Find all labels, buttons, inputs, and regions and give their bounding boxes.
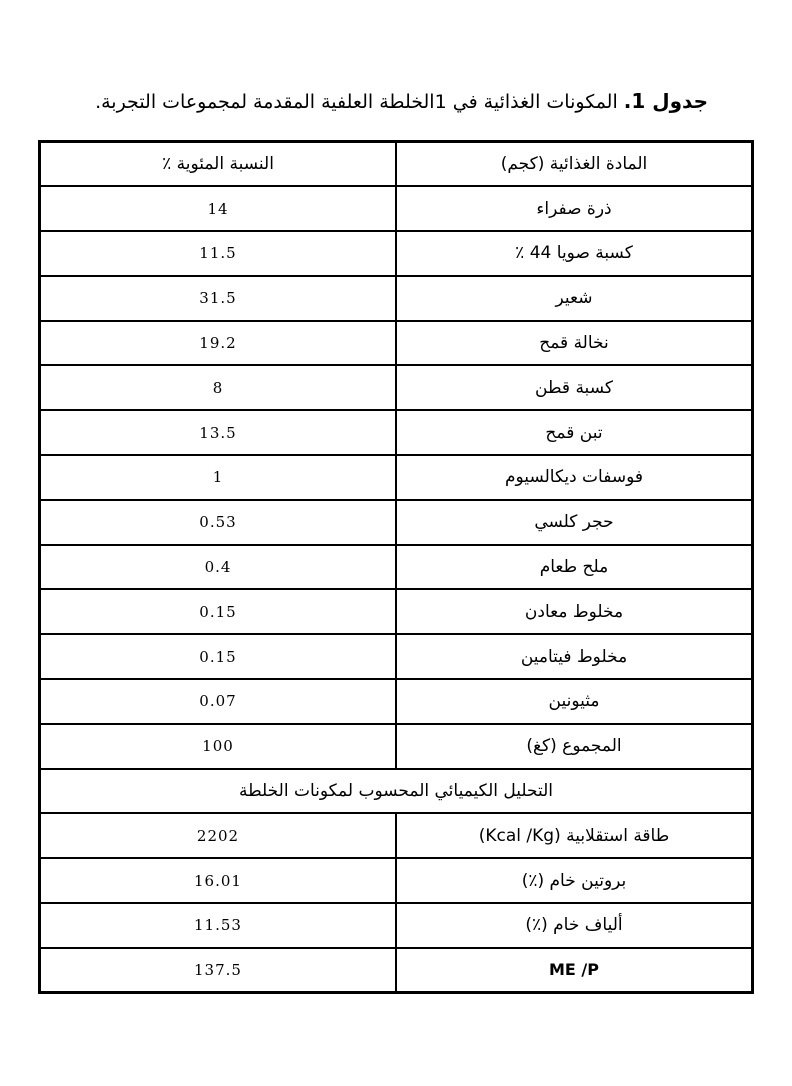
- analysis-name-cell: طاقة استقلابية (Kcal /Kg): [396, 813, 753, 858]
- header-percent-cell: النسبة المئوية ٪: [40, 142, 397, 187]
- ingredient-name-cell: كسبة قطن: [396, 365, 753, 410]
- nutrition-table-container: المادة الغذائية (كجم) النسبة المئوية ٪ ذ…: [38, 140, 754, 994]
- table-row: ألياف خام (٪) 11.53: [40, 903, 753, 948]
- table-row: نخالة قمح 19.2: [40, 321, 753, 366]
- page-title: جدول 1.المكونات الغذائية في 1الخلطة العل…: [120, 86, 708, 117]
- table-row: كسبة صويا 44 ٪ 11.5: [40, 231, 753, 276]
- table-row: شعير 31.5: [40, 276, 753, 321]
- section-header-cell: التحليل الكيميائي المحسوب لمكونات الخلطة: [40, 769, 753, 814]
- table-row: طاقة استقلابية (Kcal /Kg) 2202: [40, 813, 753, 858]
- table-number-label: جدول 1.: [624, 89, 708, 113]
- ingredient-value-cell: 11.5: [40, 231, 397, 276]
- table-row: فوسفات ديكالسيوم 1: [40, 455, 753, 500]
- ingredient-name-cell: تبن قمح: [396, 410, 753, 455]
- table-row: حجر كلسي 0.53: [40, 500, 753, 545]
- ingredient-name-cell: شعير: [396, 276, 753, 321]
- analysis-value-cell: 2202: [40, 813, 397, 858]
- table-row: ME /P 137.5: [40, 948, 753, 993]
- analysis-value-cell: 11.53: [40, 903, 397, 948]
- ingredient-name-cell: حجر كلسي: [396, 500, 753, 545]
- ingredient-value-cell: 0.15: [40, 634, 397, 679]
- ingredient-value-cell: 0.4: [40, 545, 397, 590]
- ingredient-name-cell: مثيونين: [396, 679, 753, 724]
- analysis-name-cell: بروتين خام (٪): [396, 858, 753, 903]
- ingredient-value-cell: 8: [40, 365, 397, 410]
- ingredient-value-cell: 0.53: [40, 500, 397, 545]
- ingredient-name-cell: المجموع (كغ): [396, 724, 753, 769]
- ingredient-name-cell: كسبة صويا 44 ٪: [396, 231, 753, 276]
- ingredient-name-cell: مخلوط فيتامين: [396, 634, 753, 679]
- table-row: المجموع (كغ) 100: [40, 724, 753, 769]
- ingredient-value-cell: 19.2: [40, 321, 397, 366]
- nutrition-table: المادة الغذائية (كجم) النسبة المئوية ٪ ذ…: [38, 140, 754, 994]
- ingredient-name-cell: فوسفات ديكالسيوم: [396, 455, 753, 500]
- ingredient-name-cell: ذرة صفراء: [396, 186, 753, 231]
- ingredient-name-cell: مخلوط معادن: [396, 589, 753, 634]
- table-row: كسبة قطن 8: [40, 365, 753, 410]
- ingredient-value-cell: 13.5: [40, 410, 397, 455]
- analysis-name-cell: ME /P: [396, 948, 753, 993]
- ingredient-value-cell: 0.07: [40, 679, 397, 724]
- table-row: مخلوط معادن 0.15: [40, 589, 753, 634]
- table-row: مخلوط فيتامين 0.15: [40, 634, 753, 679]
- ingredient-value-cell: 100: [40, 724, 397, 769]
- ingredient-name-cell: ملح طعام: [396, 545, 753, 590]
- ingredient-value-cell: 14: [40, 186, 397, 231]
- table-header-row: المادة الغذائية (كجم) النسبة المئوية ٪: [40, 142, 753, 187]
- table-row: مثيونين 0.07: [40, 679, 753, 724]
- ingredient-value-cell: 31.5: [40, 276, 397, 321]
- section-header-row: التحليل الكيميائي المحسوب لمكونات الخلطة: [40, 769, 753, 814]
- analysis-value-cell: 16.01: [40, 858, 397, 903]
- header-material-cell: المادة الغذائية (كجم): [396, 142, 753, 187]
- ingredient-value-cell: 1: [40, 455, 397, 500]
- ingredient-name-cell: نخالة قمح: [396, 321, 753, 366]
- table-row: ذرة صفراء 14: [40, 186, 753, 231]
- table-title-text: المكونات الغذائية في 1الخلطة العلفية الم…: [95, 91, 618, 113]
- table-row: بروتين خام (٪) 16.01: [40, 858, 753, 903]
- table-row: تبن قمح 13.5: [40, 410, 753, 455]
- analysis-value-cell: 137.5: [40, 948, 397, 993]
- table-row: ملح طعام 0.4: [40, 545, 753, 590]
- ingredient-value-cell: 0.15: [40, 589, 397, 634]
- analysis-name-cell: ألياف خام (٪): [396, 903, 753, 948]
